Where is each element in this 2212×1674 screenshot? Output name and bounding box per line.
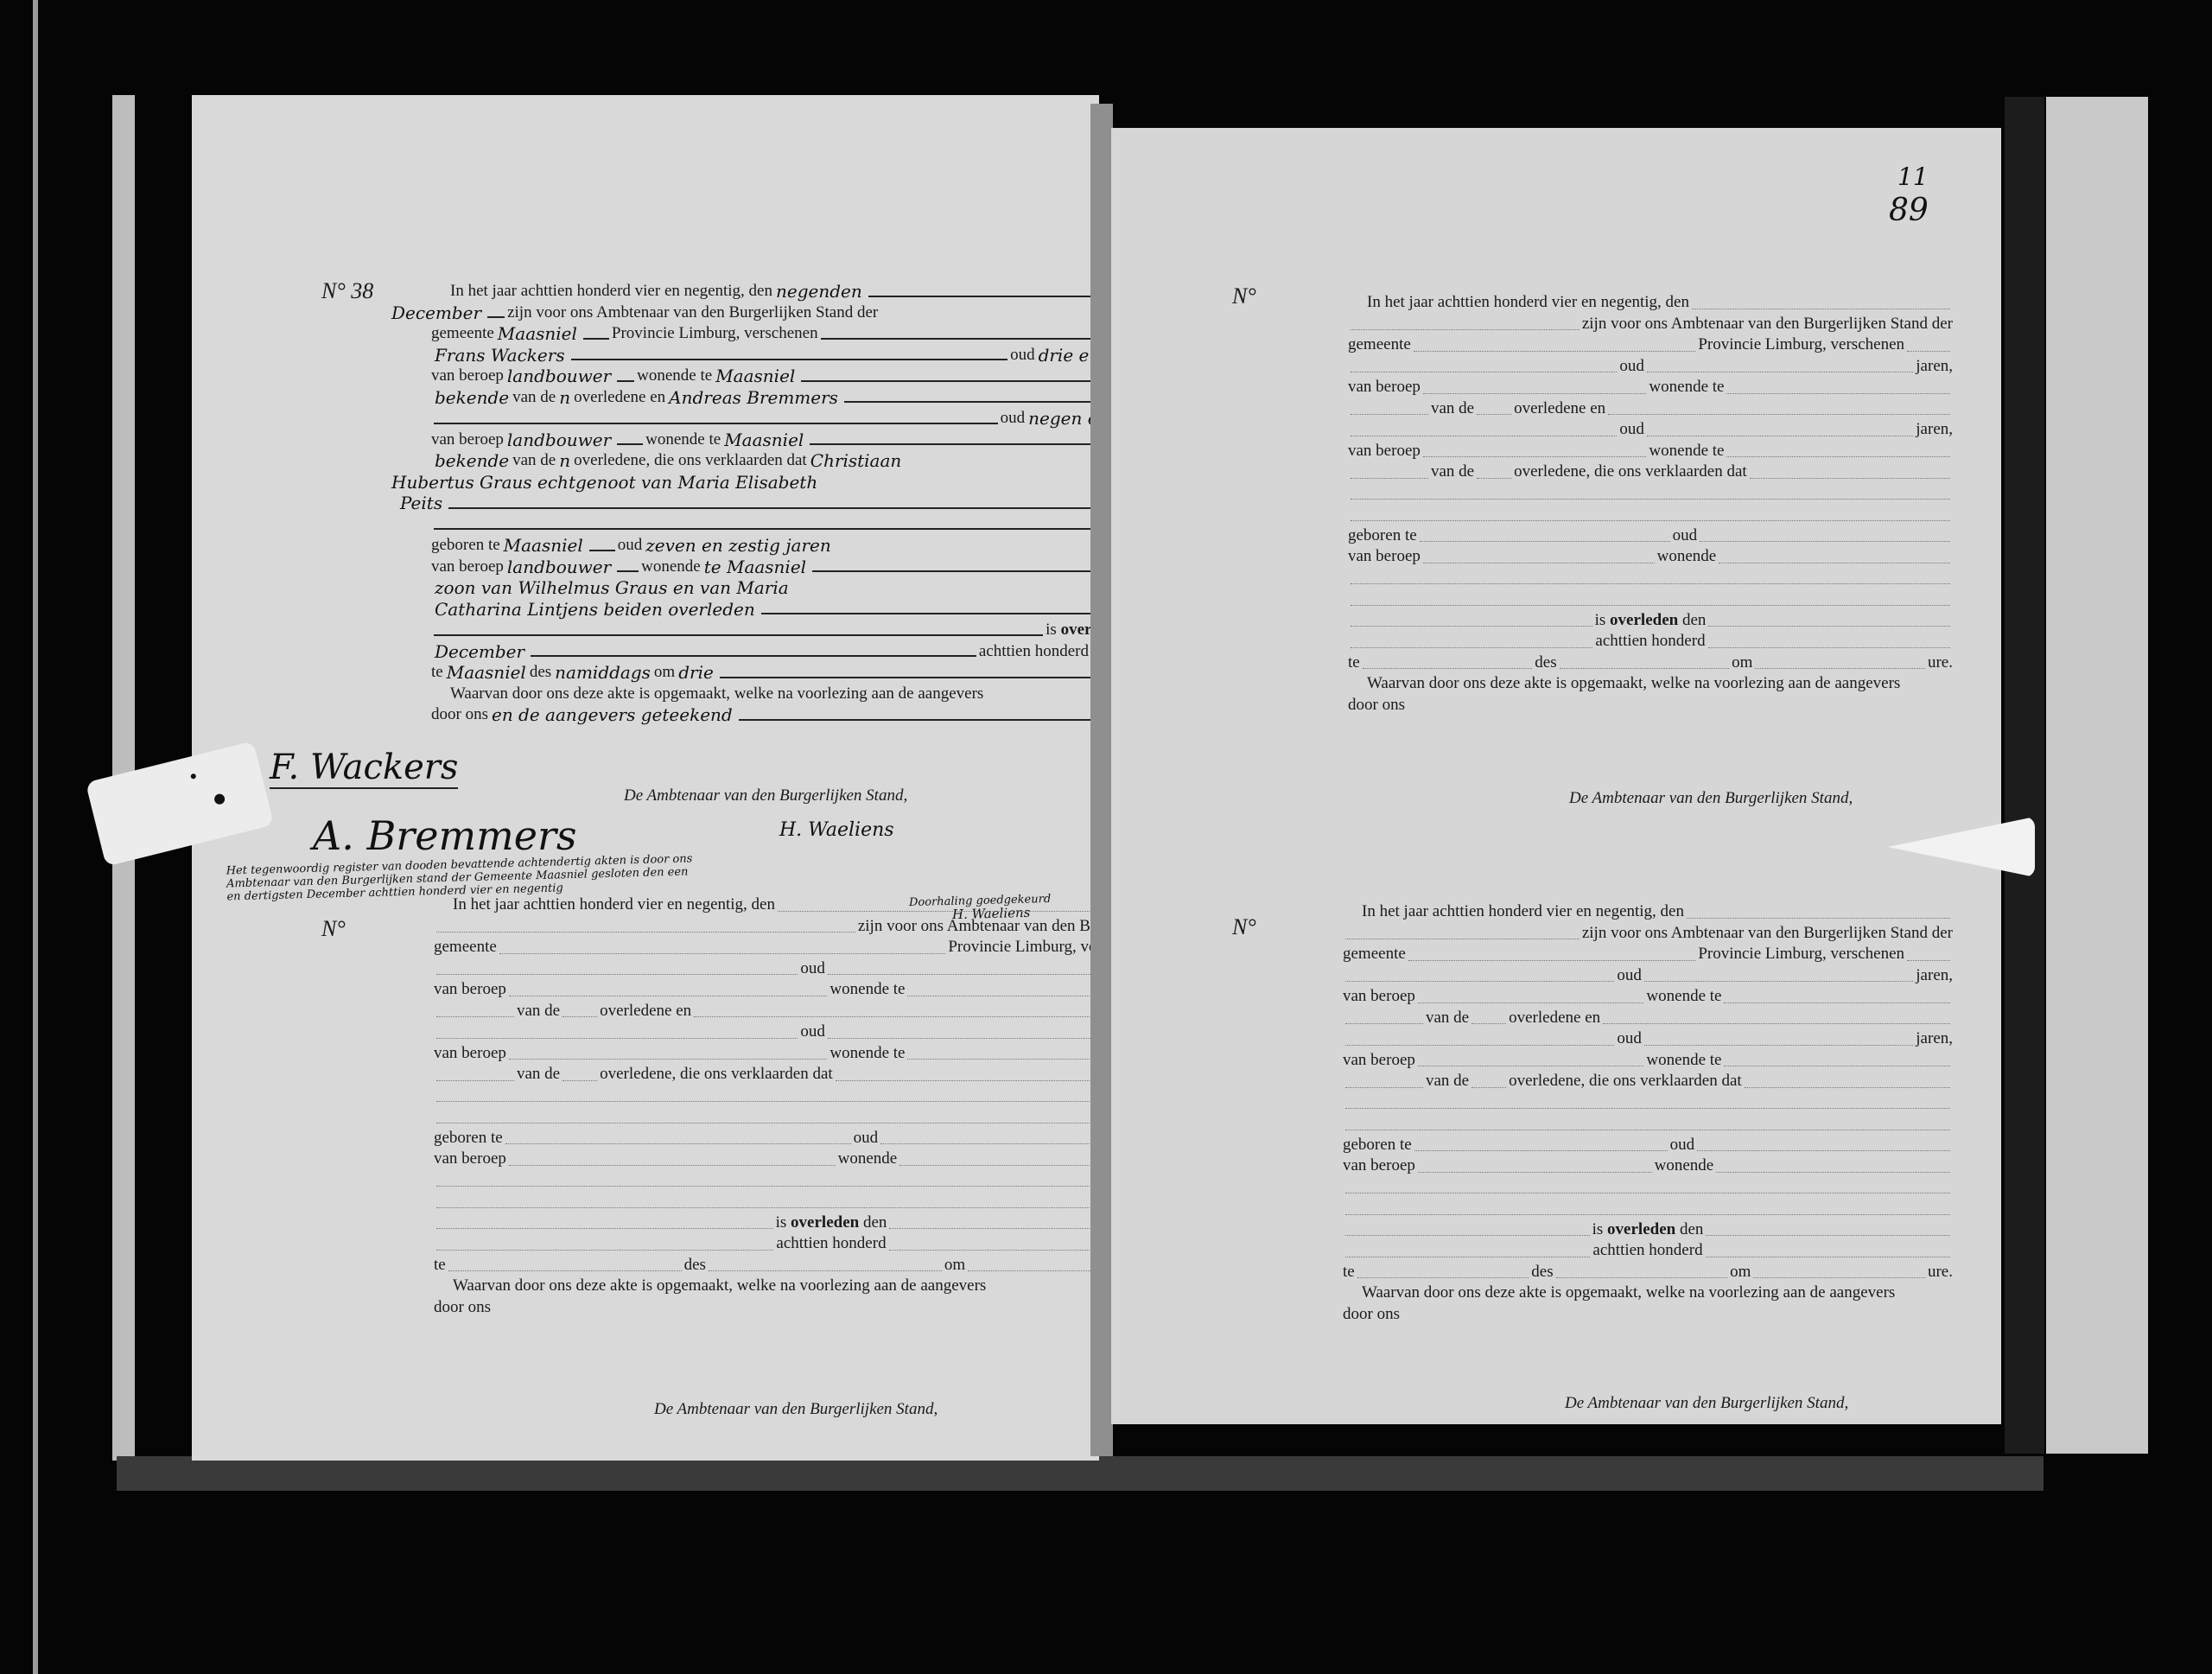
book-spine xyxy=(1090,104,1113,1456)
entry-number-blank: N° xyxy=(321,916,346,942)
entry-blank-right-bottom: In het jaar achttien honderd vier en neg… xyxy=(1343,901,1953,1325)
signature-wackers: F. Wackers xyxy=(270,748,458,789)
entry-number-blank-rt: N° xyxy=(1232,283,1256,309)
left-page: N° 38 In het jaar achttien honderd vier … xyxy=(192,95,1099,1461)
deceased-residence: te Maasniel xyxy=(701,557,810,578)
right-page: 11 89 N° In het jaar achttien honderd vi… xyxy=(1111,128,2001,1424)
death-place: Maasniel xyxy=(443,662,530,684)
informant1-name: Frans Wackers xyxy=(431,345,569,366)
informant2-name: Andreas Bremmers xyxy=(665,387,842,409)
ambtenaar-title: De Ambtenaar van den Burgerlijken Stand, xyxy=(624,786,907,805)
ambtenaar-title-right-bottom: De Ambtenaar van den Burgerlijken Stand, xyxy=(1565,1394,1848,1413)
folio-number: 89 xyxy=(1889,193,1929,228)
deceased-age: zeven en zestig jaren xyxy=(642,535,834,557)
deceased-name-3: Peits xyxy=(397,493,446,514)
signature-waeliens: H. Waeliens xyxy=(779,819,894,841)
month-value: December xyxy=(388,302,485,324)
punch-hole-icon xyxy=(190,773,196,780)
informant1-occupation: landbouwer xyxy=(504,366,614,387)
signature-bremmers: A. Bremmers xyxy=(313,812,577,859)
signed-text: en de aangevers geteekend xyxy=(488,704,736,726)
entry-number-blank-rb: N° xyxy=(1232,914,1256,940)
parents-line-2: Catharina Lintjens beiden overleden xyxy=(431,599,759,621)
birthplace: Maasniel xyxy=(500,535,587,557)
informant1-residence: Maasniel xyxy=(712,366,798,387)
hour: drie xyxy=(675,662,717,684)
folio-mark: 11 xyxy=(1897,162,1929,191)
ambtenaar-title-right-top: De Ambtenaar van den Burgerlijken Stand, xyxy=(1569,789,1853,808)
informant2-occupation: landbouwer xyxy=(504,430,614,451)
informant2-residence: Maasniel xyxy=(721,430,807,451)
right-binding-dark xyxy=(2005,97,2044,1454)
deceased-name-2: Hubertus Graus echtgenoot van Maria Elis… xyxy=(388,472,821,493)
right-paper-strip xyxy=(2046,97,2148,1454)
gemeente-value: Maasniel xyxy=(494,323,581,345)
deceased-occupation: landbouwer xyxy=(504,557,614,578)
entry-number: N° 38 xyxy=(321,278,373,304)
day-value: negenden xyxy=(772,281,866,302)
punch-hole-icon xyxy=(213,792,226,805)
deceased-name-1: Christiaan xyxy=(807,450,906,472)
parents-line-1: zoon van Wilhelmus Graus en van Maria xyxy=(431,577,792,599)
entry-blank-right-top: In het jaar achttien honderd vier en neg… xyxy=(1348,292,1953,716)
film-edge xyxy=(33,0,38,1674)
death-month: December xyxy=(431,641,528,663)
ambtenaar-title-blank-left: De Ambtenaar van den Burgerlijken Stand, xyxy=(654,1400,938,1419)
page-bottom-shadow xyxy=(117,1456,2044,1491)
time-of-day: namiddags xyxy=(551,662,654,684)
